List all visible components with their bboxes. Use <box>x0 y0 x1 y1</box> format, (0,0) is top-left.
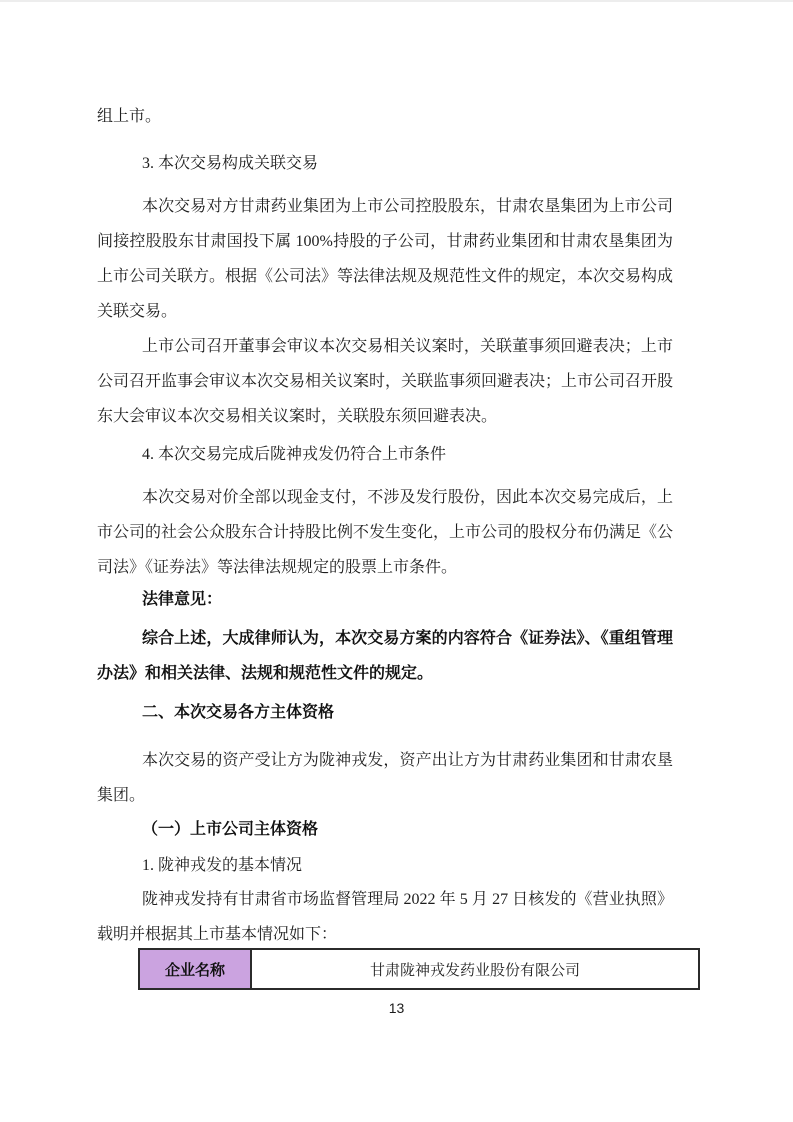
page-top-edge-line <box>0 0 793 2</box>
paragraph-continuation: 组上市。 <box>97 99 673 134</box>
table-header-cell-company-name: 企业名称 <box>139 949 251 989</box>
paragraph-business-license: 陇神戎发持有甘肃省市场监督管理局 2022 年 5 月 27 日核发的《营业执照… <box>97 882 673 952</box>
table-value-cell-company-name: 甘肃陇神戎发药业股份有限公司 <box>251 949 699 989</box>
paragraph-related-transaction: 本次交易对方甘肃药业集团为上市公司控股股东，甘肃农垦集团为上市公司间接控股股东甘… <box>97 189 673 329</box>
heading-item-1-basic-info: 1. 陇神戎发的基本情况 <box>97 848 673 883</box>
subsection-heading-1: （一）上市公司主体资格 <box>97 812 673 847</box>
heading-item-4: 4. 本次交易完成后陇神戎发仍符合上市条件 <box>97 437 673 472</box>
table-row: 企业名称 甘肃陇神戎发药业股份有限公司 <box>139 949 699 989</box>
company-info-table: 企业名称 甘肃陇神戎发药业股份有限公司 <box>138 948 700 990</box>
paragraph-voting-avoidance: 上市公司召开董事会审议本次交易相关议案时，关联董事须回避表决；上市公司召开监事会… <box>97 329 673 434</box>
document-page: 组上市。 3. 本次交易构成关联交易 本次交易对方甘肃药业集团为上市公司控股股东… <box>0 0 793 1122</box>
paragraph-cash-payment: 本次交易对价全部以现金支付，不涉及发行股份，因此本次交易完成后，上市公司的社会公… <box>97 480 673 585</box>
section-heading-2: 二、本次交易各方主体资格 <box>97 695 673 730</box>
page-number: 13 <box>0 1000 793 1016</box>
heading-item-3: 3. 本次交易构成关联交易 <box>97 146 673 181</box>
legal-opinion-paragraph: 综合上述，大成律师认为，本次交易方案的内容符合《证券法》、《重组管理办法》和相关… <box>97 621 673 691</box>
paragraph-transaction-parties: 本次交易的资产受让方为陇神戎发，资产出让方为甘肃药业集团和甘肃农垦集团。 <box>97 743 673 813</box>
legal-opinion-label: 法律意见： <box>97 582 673 617</box>
